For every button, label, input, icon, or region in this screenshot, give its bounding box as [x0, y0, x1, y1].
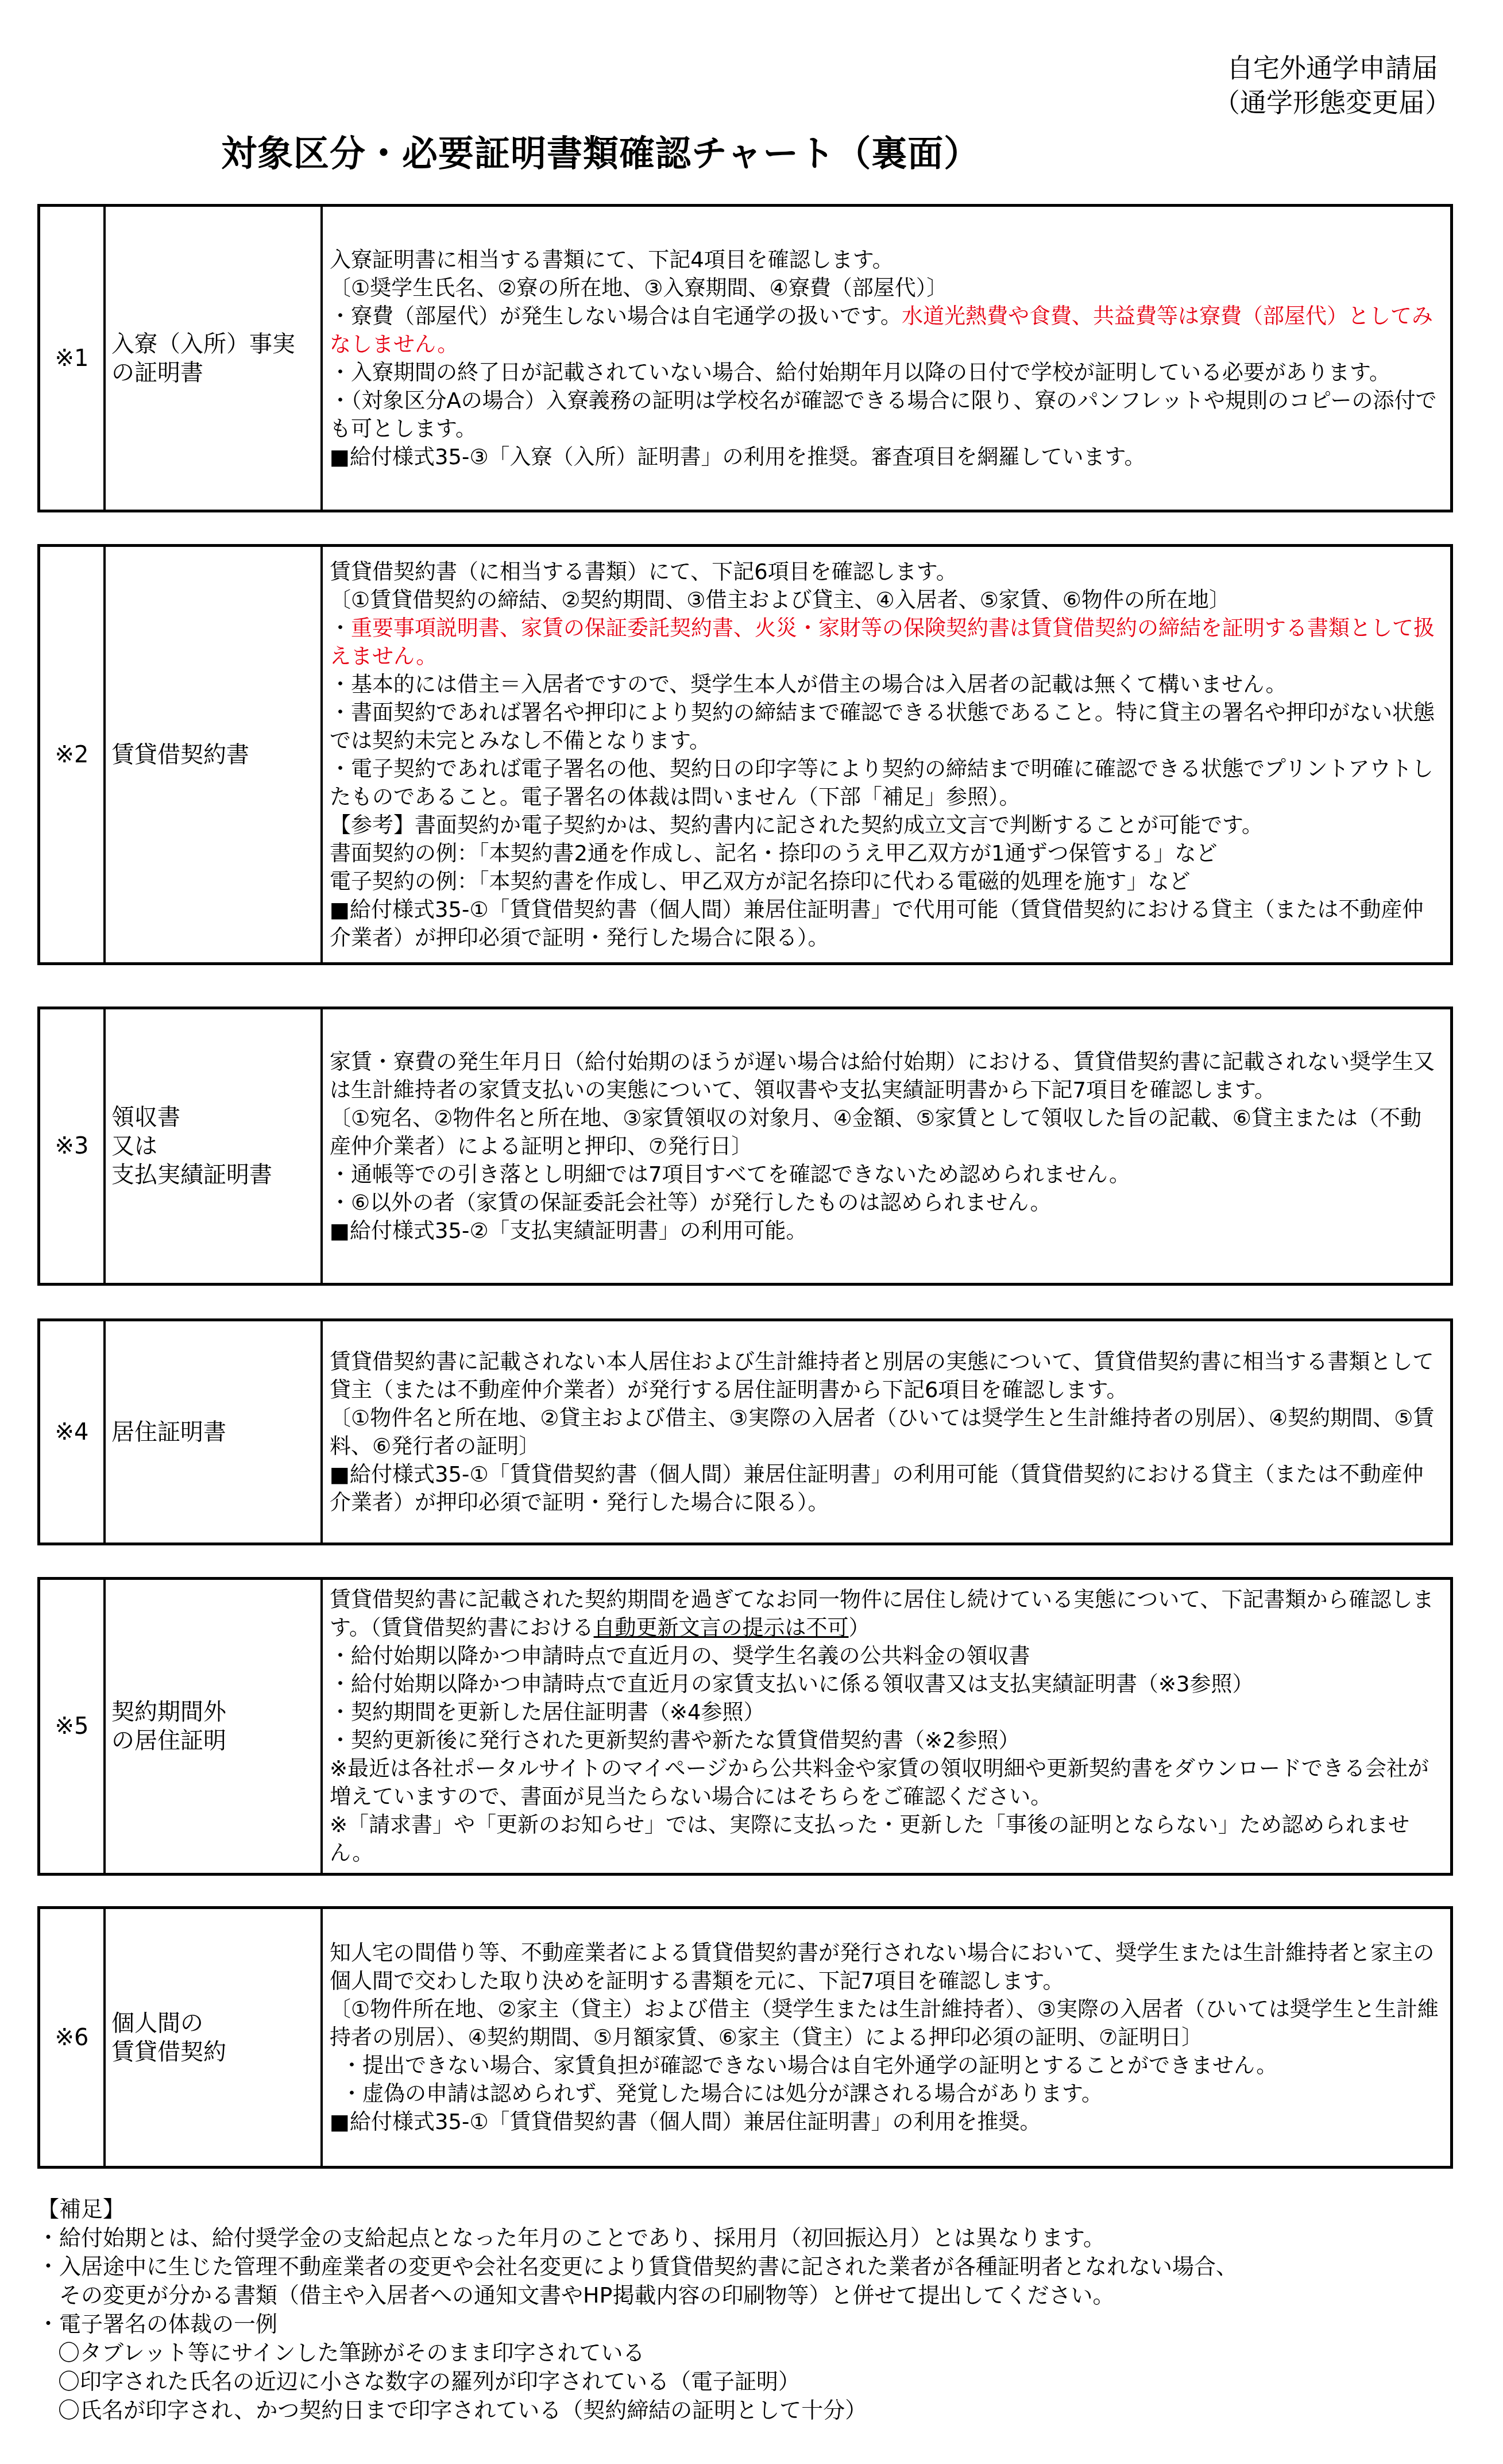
- section-mark: ※3: [40, 1009, 106, 1283]
- section-name: 入寮（入所）事実の証明書: [106, 207, 323, 510]
- supplement-item: ・電子署名の体裁の一例: [37, 2309, 1238, 2338]
- supplement: 【補足】 ・給付始期とは、給付奨学金の支給起点となった年月のことであり、採用月（…: [37, 2195, 1238, 2424]
- section-name-line: の居住証明: [111, 1726, 226, 1755]
- section-name-line: 入寮（入所）事実: [111, 330, 295, 358]
- section-mark: ※1: [40, 207, 106, 510]
- underlined-note: 自動更新文言の提示は不可: [594, 1615, 849, 1640]
- body-line: 〔①宛名、②物件名と所在地、③家賃領収の対象月、④金額、⑤家賃として領収した旨の…: [330, 1104, 1442, 1160]
- body-line: 電子契約の例：「本契約書を作成し、甲乙双方が記名捺印に代わる電磁的処理を施す」な…: [330, 867, 1442, 896]
- body-line: ※最近は各社ポータルサイトのマイページから公共料金や家賃の領収明細や更新契約書を…: [330, 1755, 1442, 1811]
- body-line: ・（対象区分Aの場合）入寮義務の証明は学校名が確認できる場合に限り、寮のパンフレ…: [330, 387, 1442, 443]
- section-body: 家賃・寮費の発生年月日（給付始期のほうが遅い場合は給付始期）における、賃貸借契約…: [323, 1009, 1450, 1283]
- signature-example: 〇タブレット等にサインした筆跡がそのまま印字されている: [37, 2338, 1238, 2367]
- section-name-line: 支払実績証明書: [111, 1160, 272, 1189]
- form-subname: （通学形態変更届）: [1214, 85, 1451, 119]
- section-3: ※3 領収書 又は 支払実績証明書 家賃・寮費の発生年月日（給付始期のほうが遅い…: [37, 1007, 1453, 1286]
- supplement-item: ・給付始期とは、給付奨学金の支給起点となった年月のことであり、採用月（初回振込月…: [37, 2223, 1238, 2252]
- body-line: ・基本的には借主＝入居者ですので、奨学生本人が借主の場合は入居者の記載は無くて構…: [330, 670, 1442, 699]
- section-name: 契約期間外 の居住証明: [106, 1580, 323, 1873]
- section-mark: ※2: [40, 547, 106, 962]
- section-body: 入寮証明書に相当する書類にて、下記4項目を確認します。 〔①奨学生氏名、②寮の所…: [323, 207, 1450, 510]
- body-line: ・⑥以外の者（家賃の保証委託会社等）が発行したものは認められません。: [330, 1189, 1442, 1217]
- body-line: 入寮証明書に相当する書類にて、下記4項目を確認します。: [330, 246, 1442, 274]
- section-4: ※4 居住証明書 賃貸借契約書に記載されない本人居住および生計維持者と別居の実態…: [37, 1318, 1453, 1545]
- supplement-item: ・入居途中に生じた管理不動産業者の変更や会社名変更により賃貸借契約書に記された業…: [37, 2252, 1238, 2281]
- section-name-line: の証明書: [111, 358, 295, 387]
- body-line: ・虚偽の申請は認められず、発覚した場合には処分が課される場合があります。: [330, 2080, 1442, 2108]
- section-1: ※1 入寮（入所）事実の証明書 入寮証明書に相当する書類にて、下記4項目を確認し…: [37, 204, 1453, 512]
- body-line: ・提出できない場合、家賃負担が確認できない場合は自宅外通学の証明とすることができ…: [330, 2052, 1442, 2080]
- page-title: 対象区分・必要証明書類確認チャート（裏面）: [221, 125, 980, 176]
- section-name-line: 契約期間外: [111, 1698, 226, 1726]
- section-6: ※6 個人間の 賃貸借契約 知人宅の間借り等、不動産業者による賃貸借契約書が発行…: [37, 1906, 1453, 2169]
- section-name: 個人間の 賃貸借契約: [106, 1909, 323, 2166]
- signature-example: 〇氏名が印字され、かつ契約日まで印字されている（契約締結の証明として十分）: [37, 2396, 1238, 2424]
- body-line: ・重要事項説明書、家賃の保証委託契約書、火災・家財等の保険契約書は賃貸借契約の締…: [330, 614, 1442, 670]
- body-line: ・給付始期以降かつ申請時点で直近月の、奨学生名義の公共料金の領収書: [330, 1642, 1442, 1670]
- body-line: ・通帳等での引き落とし明細では7項目すべてを確認できないため認められません。: [330, 1160, 1442, 1189]
- body-line: ■給付様式35-①「賃貸借契約書（個人間）兼居住証明書」の利用可能（賃貸借契約に…: [330, 1460, 1442, 1517]
- body-line: ■給付様式35-①「賃貸借契約書（個人間）兼居住証明書」で代用可能（賃貸借契約に…: [330, 896, 1442, 952]
- body-line: 〔①賃貸借契約の締結、②契約期間、③借主および貸主、④入居者、⑤家賃、⑥物件の所…: [330, 586, 1442, 614]
- section-2: ※2 賃貸借契約書 賃貸借契約書（に相当する書類）にて、下記6項目を確認します。…: [37, 544, 1453, 965]
- body-line: 知人宅の間借り等、不動産業者による賃貸借契約書が発行されない場合において、奨学生…: [330, 1939, 1442, 1995]
- body-line: 〔①物件所在地、②家主（貸主）および借主（奨学生または生計維持者）、③実際の入居…: [330, 1995, 1442, 2052]
- body-line: 賃貸借契約書（に相当する書類）にて、下記6項目を確認します。: [330, 558, 1442, 586]
- body-line: 〔①奨学生氏名、②寮の所在地、③入寮期間、④寮費（部屋代）〕: [330, 274, 1442, 302]
- body-line: 賃貸借契約書に記載された契約期間を過ぎてなお同一物件に居住し続けている実態につい…: [330, 1586, 1442, 1642]
- body-line: ・寮費（部屋代）が発生しない場合は自宅通学の扱いです。水道光熱費や食費、共益費等…: [330, 302, 1442, 358]
- form-name: 自宅外通学申請届: [1214, 51, 1451, 85]
- body-line: 【参考】書面契約か電子契約かは、契約書内に記された契約成立文言で判断することが可…: [330, 811, 1442, 839]
- body-line: ・書面契約であれば署名や押印により契約の締結まで確認できる状態であること。特に貸…: [330, 699, 1442, 755]
- section-body: 賃貸借契約書（に相当する書類）にて、下記6項目を確認します。 〔①賃貸借契約の締…: [323, 547, 1450, 962]
- section-name: 居住証明書: [106, 1321, 323, 1543]
- body-line: 賃貸借契約書に記載されない本人居住および生計維持者と別居の実態について、賃貸借契…: [330, 1348, 1442, 1404]
- body-line: ・給付始期以降かつ申請時点で直近月の家賃支払いに係る領収書又は支払実績証明書（※…: [330, 1670, 1442, 1698]
- section-name-line: 居住証明書: [111, 1418, 226, 1447]
- body-line: ・入寮期間の終了日が記載されていない場合、給付始期年月以降の日付で学校が証明して…: [330, 358, 1442, 387]
- body-line: 家賃・寮費の発生年月日（給付始期のほうが遅い場合は給付始期）における、賃貸借契約…: [330, 1048, 1442, 1104]
- section-body: 賃貸借契約書に記載された契約期間を過ぎてなお同一物件に居住し続けている実態につい…: [323, 1580, 1450, 1873]
- section-name-line: 領収書: [111, 1103, 272, 1132]
- supplement-heading: 【補足】: [37, 2195, 1238, 2223]
- section-name-line: 又は: [111, 1132, 272, 1160]
- form-name-block: 自宅外通学申請届 （通学形態変更届）: [1214, 51, 1451, 119]
- section-name: 領収書 又は 支払実績証明書: [106, 1009, 323, 1283]
- body-line: ・電子契約であれば電子署名の他、契約日の印字等により契約の締結まで明確に確認でき…: [330, 755, 1442, 811]
- section-body: 賃貸借契約書に記載されない本人居住および生計維持者と別居の実態について、賃貸借契…: [323, 1321, 1450, 1543]
- supplement-item: その変更が分かる書類（借主や入居者への通知文書やHP掲載内容の印刷物等）と併せて…: [37, 2281, 1238, 2309]
- body-line: ・契約期間を更新した居住証明書（※4参照）: [330, 1698, 1442, 1726]
- body-line: ・契約更新後に発行された更新契約書や新たな賃貸借契約書（※2参照）: [330, 1726, 1442, 1755]
- body-line: 〔①物件名と所在地、②貸主および借主、③実際の入居者（ひいては奨学生と生計維持者…: [330, 1404, 1442, 1460]
- section-mark: ※6: [40, 1909, 106, 2166]
- section-name: 賃貸借契約書: [106, 547, 323, 962]
- red-emphasis: 重要事項説明書、家賃の保証委託契約書、火災・家財等の保険契約書は賃貸借契約の締結…: [330, 616, 1435, 669]
- signature-example: 〇印字された氏名の近辺に小さな数字の羅列が印字されている（電子証明）: [37, 2367, 1238, 2396]
- body-line: ■給付様式35-③「入寮（入所）証明書」の利用を推奨。審査項目を網羅しています。: [330, 443, 1442, 471]
- body-line: ■給付様式35-②「支払実績証明書」の利用可能。: [330, 1217, 1442, 1245]
- body-line: ※「請求書」や「更新のお知らせ」では、実際に支払った・更新した「事後の証明となら…: [330, 1811, 1442, 1867]
- section-mark: ※5: [40, 1580, 106, 1873]
- section-body: 知人宅の間借り等、不動産業者による賃貸借契約書が発行されない場合において、奨学生…: [323, 1909, 1450, 2166]
- body-line: 書面契約の例：「本契約書2通を作成し、記名・捺印のうえ甲乙双方が1通ずつ保管する…: [330, 839, 1442, 867]
- body-line: ■給付様式35-①「賃貸借契約書（個人間）兼居住証明書」の利用を推奨。: [330, 2108, 1442, 2136]
- section-name-line: 個人間の: [111, 2009, 226, 2038]
- section-name-line: 賃貸借契約書: [111, 741, 249, 769]
- section-mark: ※4: [40, 1321, 106, 1543]
- section-5: ※5 契約期間外 の居住証明 賃貸借契約書に記載された契約期間を過ぎてなお同一物…: [37, 1577, 1453, 1876]
- section-name-line: 賃貸借契約: [111, 2038, 226, 2066]
